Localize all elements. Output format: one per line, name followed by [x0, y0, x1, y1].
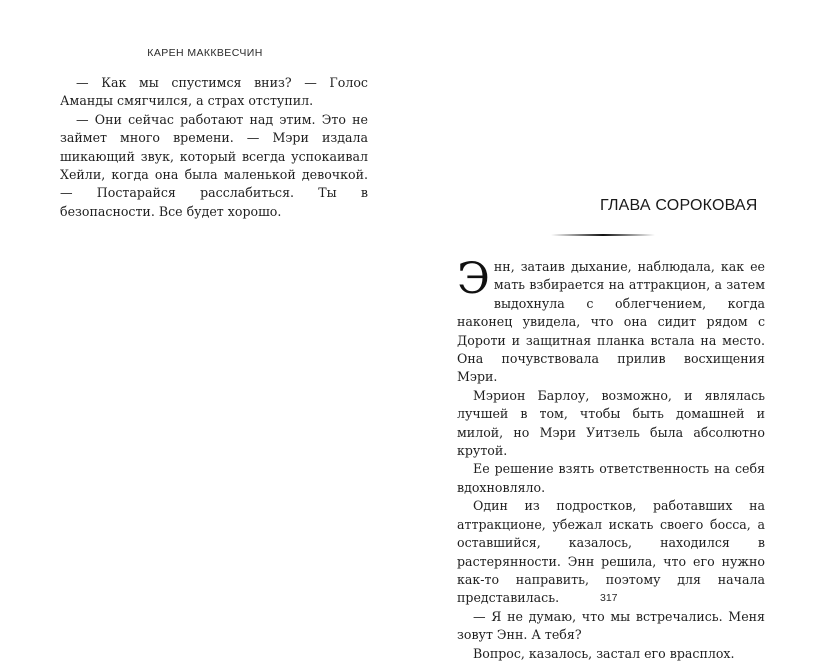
paragraph: Вопрос, казалось, застал его врасплох.	[457, 645, 765, 661]
paragraph-first: Энн, затаив дыхание, наблюдала, как ее м…	[457, 258, 765, 387]
running-head-author: КАРЕН МАККВЕСЧИН	[0, 47, 410, 59]
paragraph: — Они сейчас работают над этим. Это не з…	[60, 111, 368, 221]
paragraph: Мэрион Барлоу, возможно, и являлась лучш…	[457, 387, 765, 461]
right-page: ГЛАВА СОРОКОВАЯ Энн, затаив дыхание, наб…	[410, 0, 820, 661]
paragraph: Ее решение взять ответственность на себя…	[457, 460, 765, 497]
paragraph: — Я не думаю, что мы встречались. Меня з…	[457, 608, 765, 645]
drop-cap: Э	[457, 261, 490, 297]
page-number: 317	[410, 592, 820, 604]
left-page: КАРЕН МАККВЕСЧИН — Как мы спустимся вниз…	[0, 0, 410, 661]
left-page-body: — Как мы спустимся вниз? — Голос Аманды …	[60, 74, 368, 221]
chapter-title: ГЛАВА СОРОКОВАЯ	[410, 197, 820, 215]
paragraph-first-text: нн, затаив дыхание, наблюдала, как ее ма…	[457, 259, 765, 384]
paragraph: — Как мы спустимся вниз? — Голос Аманды …	[60, 74, 368, 111]
chapter-divider	[551, 234, 655, 236]
